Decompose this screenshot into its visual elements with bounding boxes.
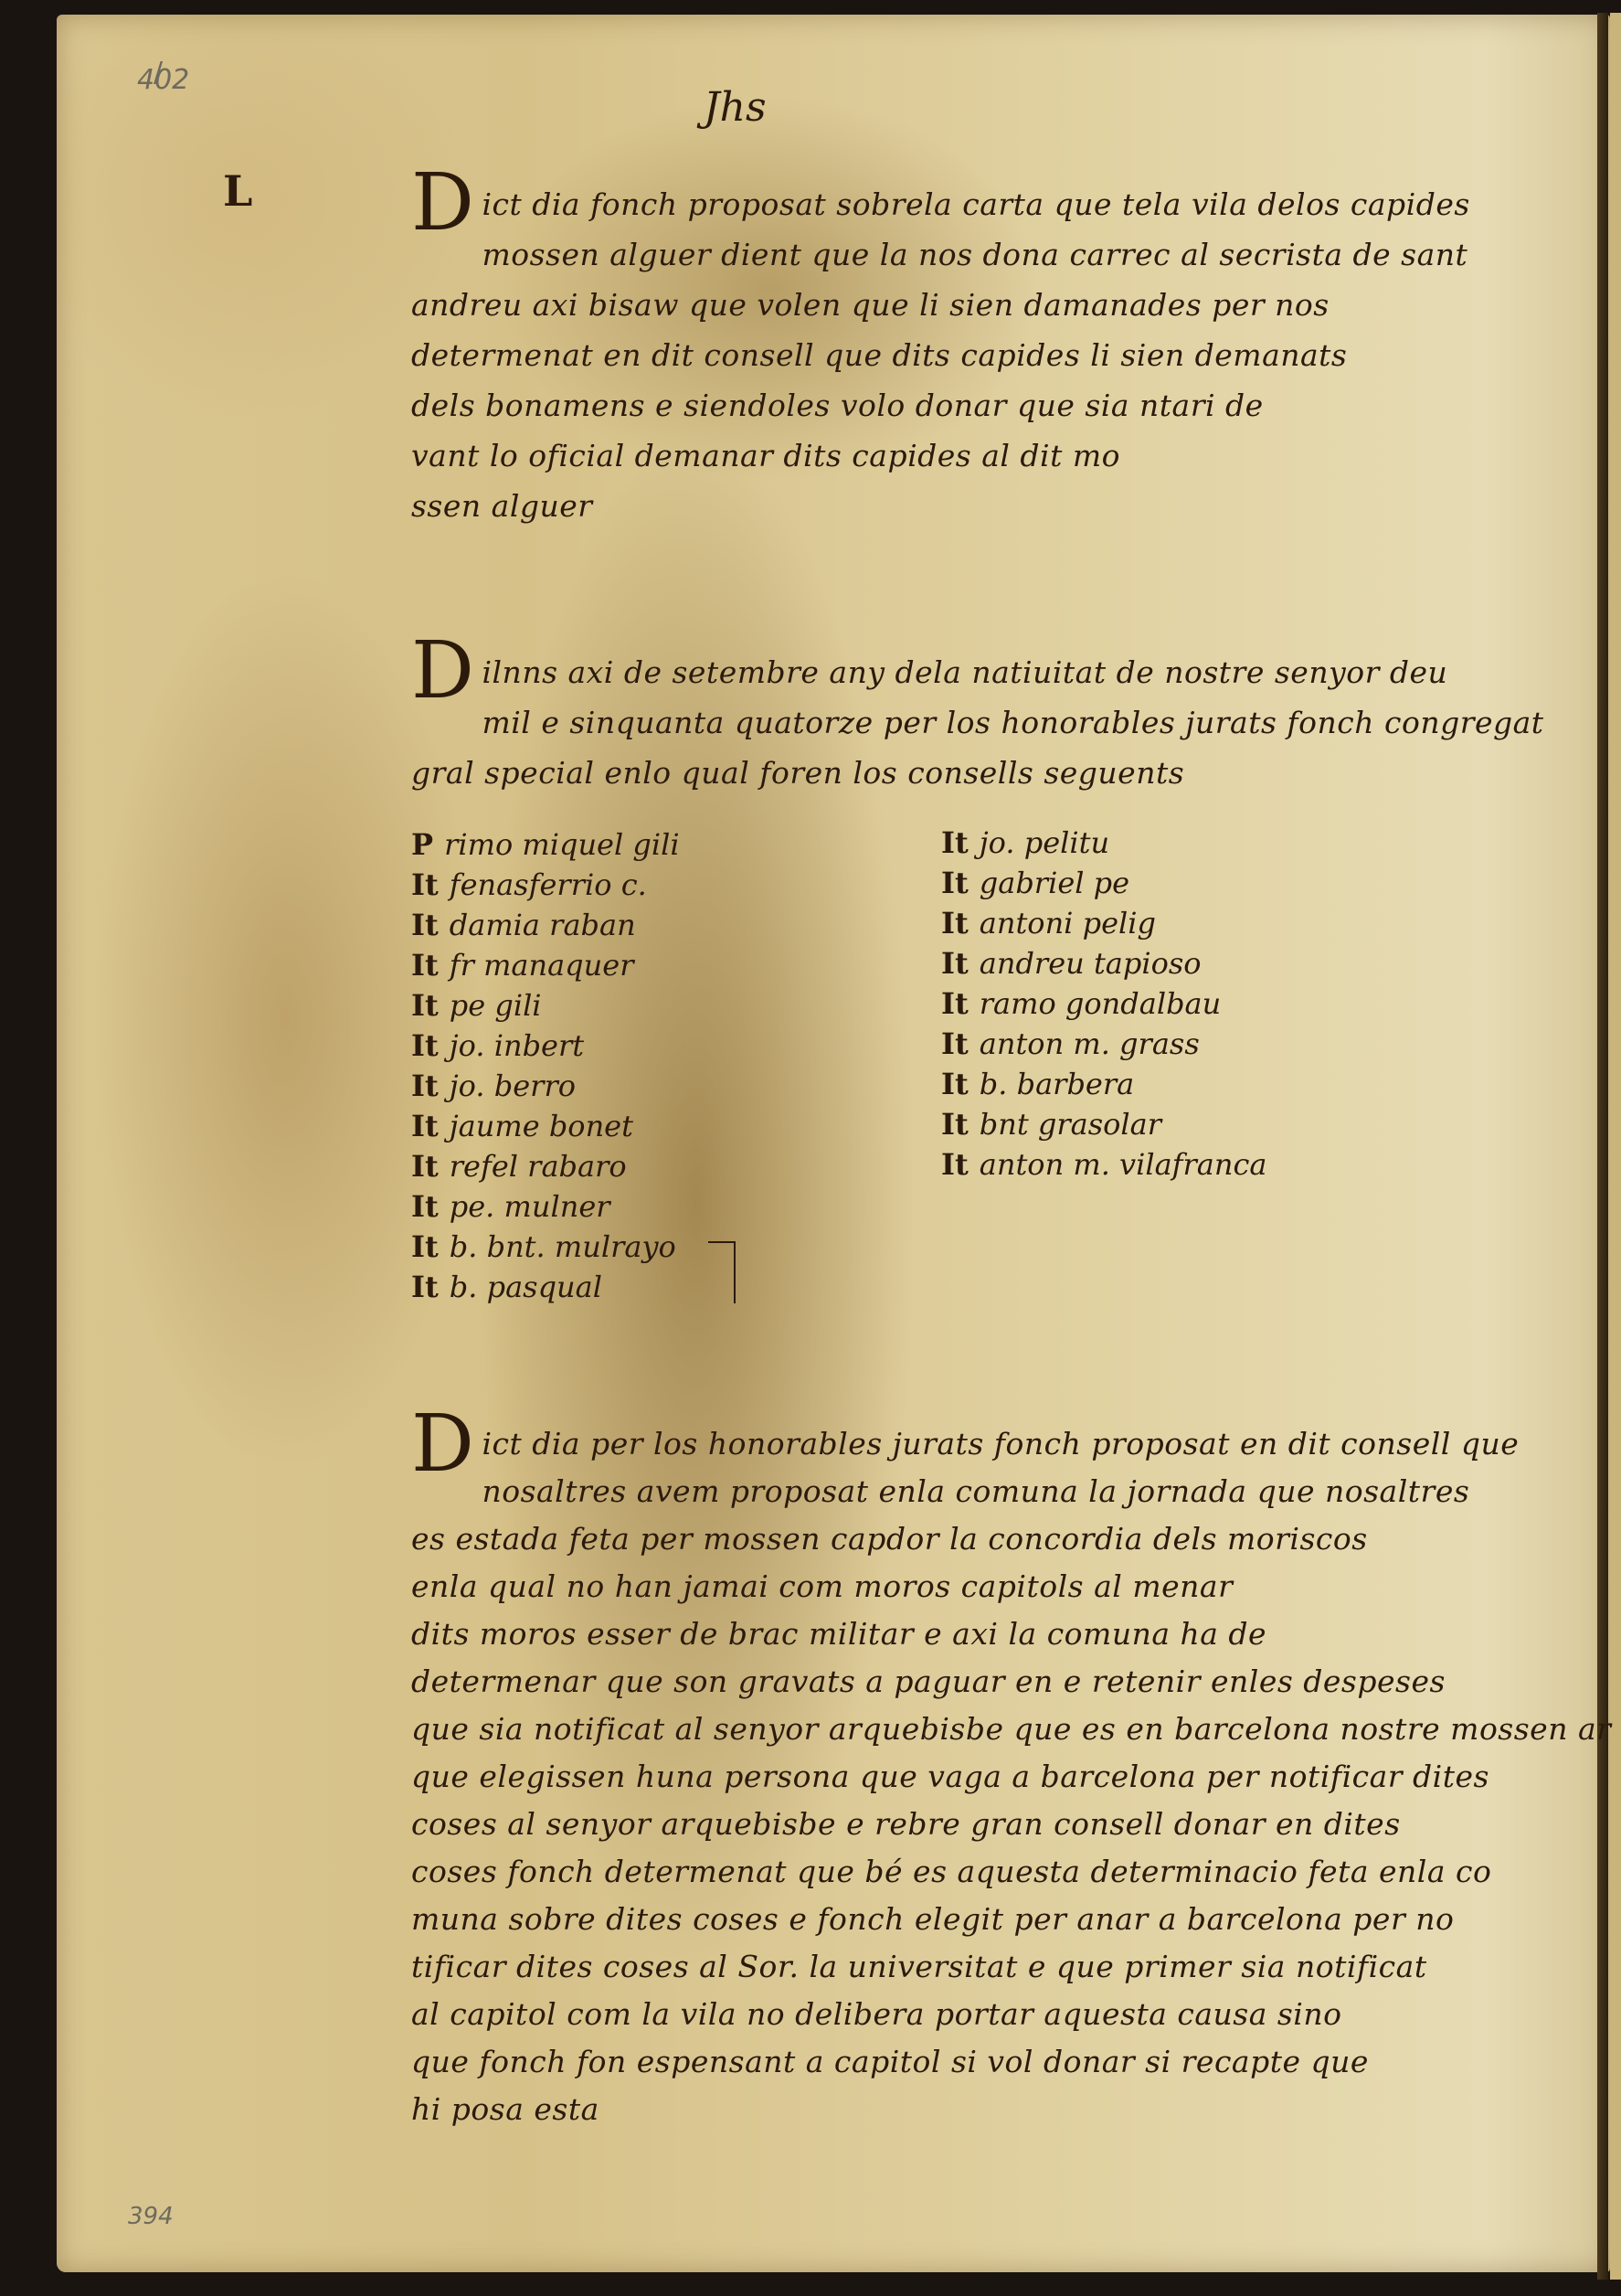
text-line: dits moros esser de brac militar e axi l…	[411, 1610, 1453, 1658]
text-line: coses fonch determenat que bé es aquesta…	[411, 1848, 1453, 1896]
council-member: Itjo. inbert	[411, 1026, 680, 1066]
council-member: Itjaume bonet	[411, 1106, 680, 1146]
council-member: Itjo. pelitu	[941, 823, 1266, 863]
council-member: Itb. pasqual	[411, 1267, 680, 1307]
text-line: muna sobre dites coses e fonch elegit pe…	[411, 1896, 1453, 1943]
text-line: nosaltres avem proposat enla comuna la j…	[411, 1468, 1453, 1515]
council-member: Itrefel rabaro	[411, 1146, 680, 1186]
text-line: hi posa esta	[411, 2086, 1453, 2133]
text-line: andreu axi bisaw que volen que li sien d…	[411, 280, 1425, 330]
council-list-left: Primo miquel gili Itfenasferrio c. Itdam…	[411, 824, 680, 1307]
council-member: Itgabriel pe	[941, 863, 1266, 903]
text-line: que sia notificat al senyor arquebisbe q…	[411, 1706, 1453, 1753]
council-member: Itjo. berro	[411, 1066, 680, 1106]
council-member: Itantoni pelig	[941, 903, 1266, 943]
text-line: determenar que son gravats a paguar en e…	[411, 1658, 1453, 1706]
council-list-right: Itjo. pelitu Itgabriel pe Itantoni pelig…	[941, 823, 1266, 1185]
entry-paragraph-1: D ict dia fonch proposat sobrela carta q…	[411, 179, 1425, 531]
entry-paragraph-2: D ilnns axi de setembre any dela natiuit…	[411, 647, 1425, 798]
council-member: Itandreu tapioso	[941, 943, 1266, 983]
text-line: que fonch fon espensant a capitol si vol…	[411, 2038, 1453, 2086]
text-line: que elegissen huna persona que vaga a ba…	[411, 1753, 1453, 1801]
invocation-jhs: Jhs	[704, 84, 767, 131]
text-line: al capitol com la vila no delibera porta…	[411, 1991, 1453, 2038]
text-line: ict dia per los honorables jurats fonch …	[411, 1420, 1453, 1468]
council-member: Itdamia raban	[411, 905, 680, 945]
council-member: Itfenasferrio c.	[411, 865, 680, 905]
council-member: Itbnt grasolar	[941, 1104, 1266, 1144]
text-line: ssen alguer	[411, 481, 1425, 531]
council-member: Itfr manaquer	[411, 945, 680, 985]
text-line: coses al senyor arquebisbe e rebre gran …	[411, 1801, 1453, 1848]
text-line: mossen alguer dient que la nos dona carr…	[411, 229, 1425, 280]
text-line: es estada feta per mossen capdor la conc…	[411, 1515, 1453, 1563]
page-binding-shadow	[1597, 13, 1608, 2280]
folio-number-top: 402	[137, 64, 189, 96]
initial-letter: D	[411, 643, 474, 698]
council-member: Itb. bnt. mulrayo	[411, 1227, 680, 1267]
initial-letter: D	[411, 175, 474, 230]
folio-number-bottom: 394	[128, 2203, 174, 2230]
next-page-edge	[1610, 13, 1621, 2280]
council-member: Itpe. mulner	[411, 1186, 680, 1227]
text-line: vant lo oficial demanar dits capides al …	[411, 430, 1425, 481]
initial-letter: D	[411, 1417, 474, 1472]
text-line: mil e sinquanta quatorze per los honorab…	[411, 697, 1425, 748]
council-member: Itanton m. vilafranca	[941, 1144, 1266, 1185]
council-member: Itpe gili	[411, 985, 680, 1026]
text-line: determenat en dit consell que dits capid…	[411, 330, 1425, 380]
bracket-mark	[708, 1241, 736, 1303]
text-line: ict dia fonch proposat sobrela carta que…	[411, 179, 1425, 229]
text-line: gral special enlo qual foren los consell…	[411, 748, 1425, 798]
text-line: dels bonamens e siendoles volo donar que…	[411, 380, 1425, 430]
council-member: Itramo gondalbau	[941, 983, 1266, 1024]
text-line: tificar dites coses al Sor. la universit…	[411, 1943, 1453, 1991]
text-line: enla qual no han jamai com moros capitol…	[411, 1563, 1453, 1610]
margin-mark: L	[223, 166, 252, 216]
text-line: ilnns axi de setembre any dela natiuitat…	[411, 647, 1425, 697]
council-member: Itb. barbera	[941, 1064, 1266, 1104]
entry-paragraph-3: D ict dia per los honorables jurats fonc…	[411, 1420, 1453, 2133]
council-member: Primo miquel gili	[411, 824, 680, 865]
council-member: Itanton m. grass	[941, 1024, 1266, 1064]
